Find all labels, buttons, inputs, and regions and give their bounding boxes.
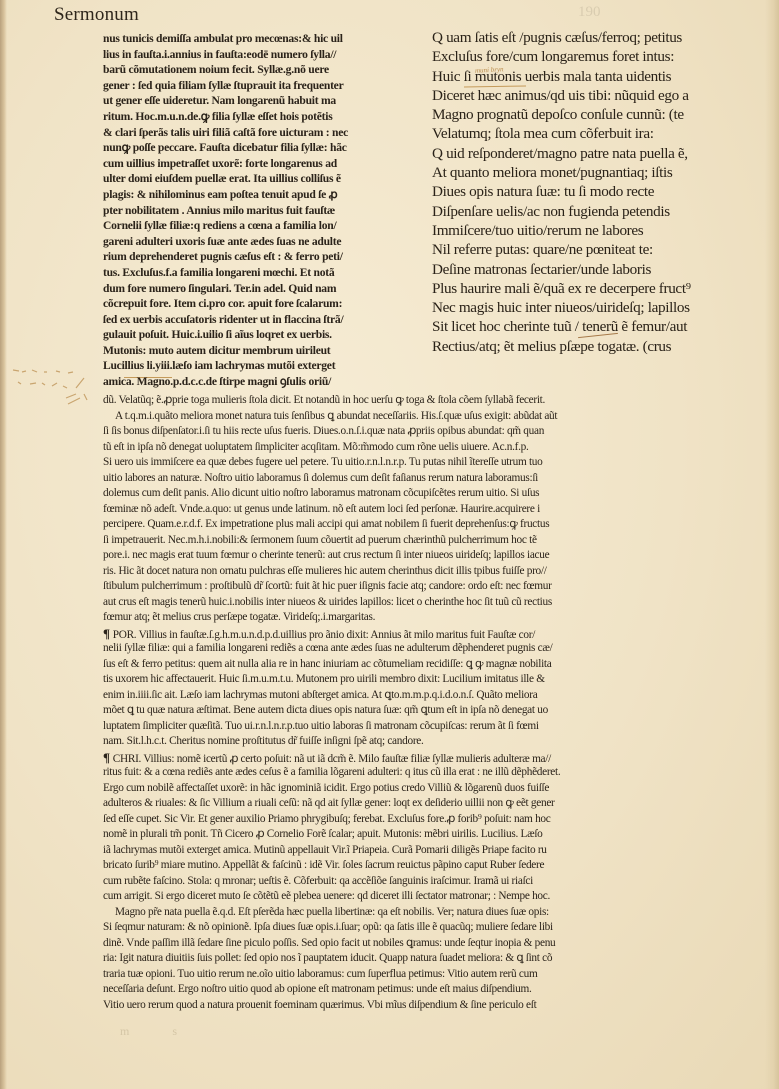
commentary-line: barũ cõmutationem noium fecit. Syllæ.g.n…: [103, 62, 428, 78]
commentary-line: enim in.iiii.ſic ait. Læſo iam lachrymas…: [103, 688, 773, 704]
commentary-text: Magno pr̃e nata puella ẽ.q.d. Eſt pſerẽd…: [115, 906, 549, 918]
commentary-line: amica. Magno.p.d.c.c.de ſtirpe magni ꝯſu…: [103, 374, 428, 390]
verse-line: Q uid reſponderet/magno patre nata puell…: [432, 144, 772, 163]
commentary-line: bricato ſurib⁹ miare mutino. Appellãt & …: [103, 858, 773, 874]
commentary-line: traria tuæ opioni. Tuo uitio rerum ne.oĩ…: [103, 967, 773, 983]
commentary-line: ¶CHRI. Villius: nomẽ icertũ ꝓ certo poſu…: [103, 750, 773, 766]
commentary-line: ulter domi eiuſdem puellæ erat. Ita uill…: [103, 171, 428, 187]
commentary-line: gener : ſed quia filiam ſyllæ ſtuprauit …: [103, 78, 428, 94]
commentary-text: nam. Sit.l.h.c.t. Cheritus nomine proſti…: [103, 735, 424, 747]
commentary-line: lius in fauſta.i.annius in fauſta:eodē n…: [103, 47, 428, 63]
commentary-text: bricato ſurib⁹ miare mutino. Appellãt & …: [103, 859, 544, 871]
commentary-line: ris. Hic ãt docet natura non ornatu pulc…: [103, 564, 773, 580]
verse-line: Huic ſi mutonis uerbis mala tanta uident…: [432, 67, 772, 86]
show-through-text: m s: [120, 1024, 197, 1039]
commentary-line: uitio labores an naturæ. Noſtro uitio la…: [103, 471, 773, 487]
commentary-text: Vitio uero rerum quod a natura prouenit …: [103, 999, 536, 1011]
commentary-line: ſed eſſe cupet. Sic Vir. Et gener auxili…: [103, 812, 773, 828]
commentary-text: CHRI. Villius: nomẽ icertũ ꝓ certo poſui…: [113, 753, 551, 765]
commentary-line: dinẽ. Vnde paſſim illã ſedare ſine picul…: [103, 936, 773, 952]
commentary-line: ſi impetrauerit. Nec.m.h.i.nobili:& ſerm…: [103, 533, 773, 549]
verse-line: Excluſus fore/cum longaremus foret intus…: [432, 47, 772, 66]
verse-line: At quanto meliora monet/pugnantiaq; iſti…: [432, 163, 772, 182]
verse-line: Immiſcere/tuo uitio/rerum ne labores: [432, 221, 772, 240]
commentary-text: neceſſaria deſunt. Ergo noſtro uitio quo…: [103, 983, 531, 995]
commentary-text: uitio labores an naturæ. Noſtro uitio la…: [103, 472, 538, 484]
commentary-line: gulauit poſuit. Huic.i.uilio ſi aĩus loq…: [103, 327, 428, 343]
running-head: Sermonum: [54, 4, 139, 26]
commentary-line: ritum. Hoc.m.u.n.de.ꝙ filia ſyllæ eſſet …: [103, 109, 428, 125]
commentary-line: Ergo cum nobilẽ affectaſſet uxorẽ: in hã…: [103, 781, 773, 797]
commentary-text: mõet ꝗ tu quæ natura æſtimat. Bene autem…: [103, 704, 548, 716]
commentary-line: ſed ex uerbis accuſatoris ridenter ut in…: [103, 312, 428, 328]
commentary-line: neceſſaria deſunt. Ergo noſtro uitio quo…: [103, 982, 773, 998]
commentary-line: & clari ſperãs talis uiri filiã caſtã fo…: [103, 125, 428, 141]
verse-line: Diceret hæc animus/qd uis tibi: nũquid e…: [432, 86, 772, 105]
commentary-text: A t.q.m.i.quãto meliora monet natura tui…: [115, 410, 557, 422]
commentary-line: fœminæ nõ adeſt. Vnde.a.quo: ut genus un…: [103, 502, 773, 518]
commentary-line: dum fore numero ſingulari. Ter.in adel. …: [103, 281, 428, 297]
commentary-line: nam. Sit.l.h.c.t. Cheritus nomine proſti…: [103, 734, 773, 750]
verse-line: Rectius/atq; ẽt melius pſæpe togatæ. (cr…: [432, 337, 772, 356]
commentary-line: percipere. Quam.e.r.d.f. Ex impetratione…: [103, 517, 773, 533]
marginal-scribble-icon: [8, 360, 103, 415]
book-page: Sermonum 190 muni bryn nus tunicis demiſ…: [0, 0, 779, 1089]
pilcrow-icon: ¶: [103, 750, 110, 765]
commentary-text: ſus eſt & ferro petitus: quem ait nulla …: [103, 658, 552, 670]
commentary-text: ris. Hic ãt docet natura non ornatu pulc…: [103, 565, 547, 577]
commentary-line: Mutonis: muto autem dicitur membrum uiri…: [103, 343, 428, 359]
commentary-text: iã lachrymas mutõi exterget amica. Mutin…: [103, 844, 547, 856]
commentary-line: tis uxorem hic affectauerit. Huic ſi.m.u…: [103, 672, 773, 688]
verse-line: Deſine matronas ſectarier/unde laboris: [432, 260, 772, 279]
commentary-text: ria: Igit natura diuitiis ſuis pollet: ſ…: [103, 952, 552, 964]
commentary-line: pter nobilitatem . Annius milo maritus f…: [103, 203, 428, 219]
verse-line: Plus haurire mali ẽ/quã ex re decerpere …: [432, 279, 772, 298]
commentary-text: POR. Villius in fauſtæ.ſ.g.h.m.u.n.d.p.d…: [113, 629, 535, 641]
commentary-text: cum arrigit. Si ergo diceret muto ſe cõt…: [103, 890, 550, 902]
verse-line: Nil referre putas: quare/ne pœniteat te:: [432, 240, 772, 259]
commentary-line: rium deprehenderet pugnis cæſus eſt : & …: [103, 249, 428, 265]
commentary-text: ſtibulum pulcherrimum : proſtibulũ dr̃ ſ…: [103, 580, 552, 592]
commentary-text: enim in.iiii.ſic ait. Læſo iam lachrymas…: [103, 689, 537, 701]
verse-line: Diues opis natura ſuæ: tu ſi modo recte: [432, 182, 772, 201]
commentary-text: adulteros & riuales: & ſic Villium a riu…: [103, 797, 555, 809]
commentary-line: Si uero uis immiſcere ea quæ debes fuger…: [103, 455, 773, 471]
commentary-text: ſed eſſe cupet. Sic Vir. Et gener auxili…: [103, 813, 550, 825]
verse-line: Sit licet hoc cherinte tuũ / tenerũ ẽ fe…: [432, 317, 772, 336]
verse-line: Diſpenſare uelis/ac non fugienda petendi…: [432, 202, 772, 221]
commentary-text: fœminæ nõ adeſt. Vnde.a.quo: ut genus un…: [103, 503, 540, 515]
commentary-text: nomẽ in plurali tm̃ ponit. Tñ Cicero ꝓ C…: [103, 828, 543, 840]
commentary-line: ¶POR. Villius in fauſtæ.ſ.g.h.m.u.n.d.p.…: [103, 626, 773, 642]
verse-line: Magno prognatũ depoſco conſule cunnũ: (t…: [432, 105, 772, 124]
commentary-line: dolemus cum deſit panis. Alio dicunt uit…: [103, 486, 773, 502]
pilcrow-icon: ¶: [103, 626, 110, 641]
commentary-line: cum rubẽte faſcino. Stola: q mronar; ueſ…: [103, 874, 773, 890]
commentary-text: ſi impetrauerit. Nec.m.h.i.nobili:& ſerm…: [103, 534, 537, 546]
commentary-text: tis uxorem hic affectauerit. Huic ſi.m.u…: [103, 673, 545, 685]
commentary-line: nunꝙ poſſe peccare. Fauſta dicebatur fil…: [103, 140, 428, 156]
commentary-line: ria: Igit natura diuitiis ſuis pollet: ſ…: [103, 951, 773, 967]
commentary-line: Vitio uero rerum quod a natura prouenit …: [103, 998, 773, 1014]
commentary-text: percipere. Quam.e.r.d.f. Ex impetratione…: [103, 518, 549, 530]
commentary-text: ſi ſis bonus diſpenſator.i.ſi tu hiis re…: [103, 425, 544, 437]
commentary-line: Si ſeqmur naturam: & nõ opinionẽ. Ipſa d…: [103, 920, 773, 936]
commentary-line: adulteros & riuales: & ſic Villium a riu…: [103, 796, 773, 812]
commentary-line: cum arrigit. Si ergo diceret muto ſe cõt…: [103, 889, 773, 905]
commentary-line: tũ eſt in ipſa nõ denegat uoluptatem ſim…: [103, 440, 773, 456]
page-gutter-edge: [0, 0, 7, 1089]
commentary-line: pore.i. nec magis erat tuum fœmur o cher…: [103, 548, 773, 564]
commentary-line: Magno pr̃e nata puella ẽ.q.d. Eſt pſerẽd…: [103, 905, 773, 921]
show-through-folio: 190: [578, 4, 601, 21]
commentary-text: pore.i. nec magis erat tuum fœmur o cher…: [103, 549, 549, 561]
commentary-line: gareni adulteri uxoris ſuæ ante ædes ſua…: [103, 234, 428, 250]
commentary-line: ritus fuit: & a cœna rediẽs ante ædes ce…: [103, 765, 773, 781]
commentary-text: luptatem ſimpliciter quæſitã. Tuo ui.r.n…: [103, 720, 539, 732]
commentary-text: nelii ſyllæ filiæ: qui a familia longare…: [103, 642, 552, 654]
commentary-column-full: dũ. Velatũq; ẽ.ꝓprie toga mulieris ſtola…: [103, 393, 773, 1013]
commentary-text: cum rubẽte faſcino. Stola: q mronar; ueſ…: [103, 875, 533, 887]
commentary-text: Si ſeqmur naturam: & nõ opinionẽ. Ipſa d…: [103, 921, 553, 933]
commentary-line: Lucillius li.yiii.læſo iam lachrymas mut…: [103, 358, 428, 374]
commentary-line: plagis: & nihilominus eam poſtea tenuit …: [103, 187, 428, 203]
commentary-text: Ergo cum nobilẽ affectaſſet uxorẽ: in hã…: [103, 782, 549, 794]
commentary-line: mõet ꝗ tu quæ natura æſtimat. Bene autem…: [103, 703, 773, 719]
commentary-line: cõcrepuit fore. Item ci.pro cor. apuit f…: [103, 296, 428, 312]
commentary-line: ſi ſis bonus diſpenſator.i.ſi tu hiis re…: [103, 424, 773, 440]
commentary-line: dũ. Velatũq; ẽ.ꝓprie toga mulieris ſtola…: [103, 393, 773, 409]
commentary-line: ſus eſt & ferro petitus: quem ait nulla …: [103, 657, 773, 673]
commentary-text: tũ eſt in ipſa nõ denegat uoluptatem ſim…: [103, 441, 529, 453]
commentary-line: fœmur atq; ẽt melius crus perſæpe togatæ…: [103, 610, 773, 626]
commentary-line: ſtibulum pulcherrimum : proſtibulũ dr̃ ſ…: [103, 579, 773, 595]
verse-column: Q uam ſatis eſt /pugnis cæſus/ferroq; pe…: [432, 28, 772, 356]
commentary-text: dolemus cum deſit panis. Alio dicunt uit…: [103, 487, 539, 499]
commentary-line: nus tunicis demiſſa ambulat pro mecœnas:…: [103, 31, 428, 47]
commentary-line: aut crus eſt magis tenerũ huic.i.nobilis…: [103, 595, 773, 611]
commentary-line: nomẽ in plurali tm̃ ponit. Tñ Cicero ꝓ C…: [103, 827, 773, 843]
commentary-text: dũ. Velatũq; ẽ.ꝓprie toga mulieris ſtola…: [103, 394, 545, 406]
commentary-line: luptatem ſimpliciter quæſitã. Tuo ui.r.n…: [103, 719, 773, 735]
commentary-line: ut gener eſſe uideretur. Nam longarenũ h…: [103, 93, 428, 109]
commentary-text: ritus fuit: & a cœna rediẽs ante ædes ce…: [103, 766, 560, 778]
commentary-line: cum uillius impetraſſet uxorẽ: forte lon…: [103, 156, 428, 172]
commentary-text: dinẽ. Vnde paſſim illã ſedare ſine picul…: [103, 937, 555, 949]
commentary-line: Cornelii ſyllæ filiæ:q rediens a cœna a …: [103, 218, 428, 234]
commentary-line: A t.q.m.i.quãto meliora monet natura tui…: [103, 409, 773, 425]
verse-line: Velatumq; ſtola mea cum cõferbuit ira:: [432, 124, 772, 143]
commentary-line: nelii ſyllæ filiæ: qui a familia longare…: [103, 641, 773, 657]
commentary-column-top: nus tunicis demiſſa ambulat pro mecœnas:…: [103, 31, 428, 390]
verse-line: Nec magis huic inter niueos/uirideſq; la…: [432, 298, 772, 317]
commentary-line: iã lachrymas mutõi exterget amica. Mutin…: [103, 843, 773, 859]
commentary-text: aut crus eſt magis tenerũ huic.i.nobilis…: [103, 596, 552, 608]
verse-line: Q uam ſatis eſt /pugnis cæſus/ferroq; pe…: [432, 28, 772, 47]
commentary-line: tus. Excluſus.f.a familia longareni mœch…: [103, 265, 428, 281]
commentary-text: Si uero uis immiſcere ea quæ debes fuger…: [103, 456, 543, 468]
commentary-text: fœmur atq; ẽt melius crus perſæpe togatæ…: [103, 611, 375, 623]
commentary-text: traria tuæ opioni. Tuo uitio rerum ne.oĩ…: [103, 968, 537, 980]
